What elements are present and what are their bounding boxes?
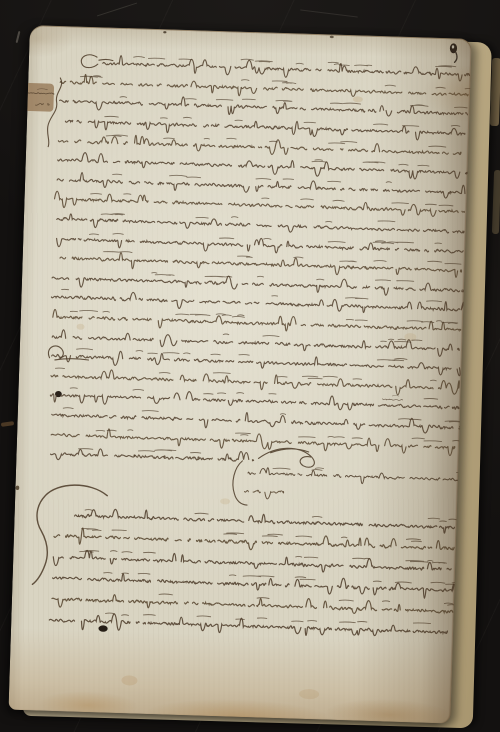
far-right-page-sliver	[490, 58, 500, 126]
corner-scratch	[16, 31, 21, 43]
entry-1-abbreviation-bars	[312, 160, 429, 166]
entry-1-line	[51, 427, 455, 456]
entry-1-abbreviation-bars	[89, 232, 441, 246]
ink-blot	[98, 625, 107, 632]
entry-1-abbreviation-bars	[55, 368, 436, 383]
manuscript-page	[8, 25, 471, 724]
left-edge-ink-dash	[1, 421, 14, 427]
fox-1	[353, 96, 363, 102]
entry-1-line	[58, 133, 461, 160]
entry-2-abbreviation-bars	[104, 571, 463, 585]
edge-dot	[16, 486, 20, 491]
entry-1-line	[51, 368, 460, 397]
entry-1-abbreviation-bars	[120, 95, 467, 108]
entry-1-line	[54, 191, 464, 220]
chancery-note-line	[248, 467, 470, 487]
entry-2-abbreviation-bars	[85, 507, 456, 522]
entry-1-line	[52, 406, 461, 435]
entry-1-line	[60, 251, 462, 279]
speck-b	[330, 36, 334, 39]
far-right-page-sliver	[492, 170, 500, 234]
fox-5	[121, 675, 137, 685]
entry-1-abbreviation-bars	[78, 447, 200, 453]
entry-1-line	[103, 55, 470, 83]
interlinear-insert-abbreviation-bars	[392, 395, 399, 396]
entry-2-line	[74, 508, 454, 533]
mid-initial	[48, 346, 89, 361]
scratch-mark	[97, 3, 137, 17]
entry-1-line	[59, 93, 467, 122]
entry1-paraph	[81, 55, 113, 69]
entry-1-abbreviation-bars	[105, 114, 460, 127]
entry-2-abbreviation-bars	[81, 528, 421, 542]
entry-1-line	[52, 270, 465, 299]
entry-1-abbreviation-bars	[76, 348, 407, 361]
chancery-note-abbreviation-bars	[273, 466, 472, 475]
margin-tab	[19, 83, 54, 112]
scratch-mark	[300, 9, 358, 17]
entry-1-abbreviation-bars	[152, 272, 414, 283]
entry-2-line	[49, 612, 448, 641]
entry-1-line	[57, 214, 465, 240]
entry-1-line	[65, 114, 465, 142]
entry-2-abbreviation-bars	[105, 613, 430, 626]
entry-1-abbreviation-bars	[104, 251, 462, 265]
manuscript-photo	[0, 0, 500, 732]
entry-1-line	[50, 387, 459, 415]
entry-1-line	[51, 289, 463, 317]
entry-1-abbreviation-bars	[113, 173, 392, 184]
entry-2-line	[52, 569, 454, 599]
entry-2-abbreviation-bars	[80, 549, 447, 563]
entry-2-line	[53, 549, 451, 578]
entry-1-line	[60, 74, 468, 103]
fox-2	[76, 324, 84, 330]
entry-2-line	[52, 591, 453, 620]
chancery-note-line	[244, 490, 283, 500]
fox-4	[220, 498, 230, 504]
entry-1-line	[57, 172, 465, 200]
entry-2-line	[54, 527, 455, 556]
entry-1-line	[56, 232, 463, 259]
handwriting-layer	[8, 25, 471, 724]
entry-1-line	[52, 329, 460, 357]
entry-1-line	[53, 309, 461, 337]
entry-1-line	[58, 152, 468, 181]
entry-1-abbreviation-bars	[63, 407, 463, 423]
folio-mark-tail	[455, 52, 458, 62]
date-flourish	[258, 447, 315, 467]
entry-1-abbreviation-bars	[96, 428, 460, 442]
entry-1-abbreviation-bars	[70, 309, 457, 324]
interlinear-insert-line	[382, 399, 402, 401]
note-bracket	[232, 461, 248, 505]
fox-6	[299, 689, 319, 700]
speck-a	[163, 31, 166, 33]
